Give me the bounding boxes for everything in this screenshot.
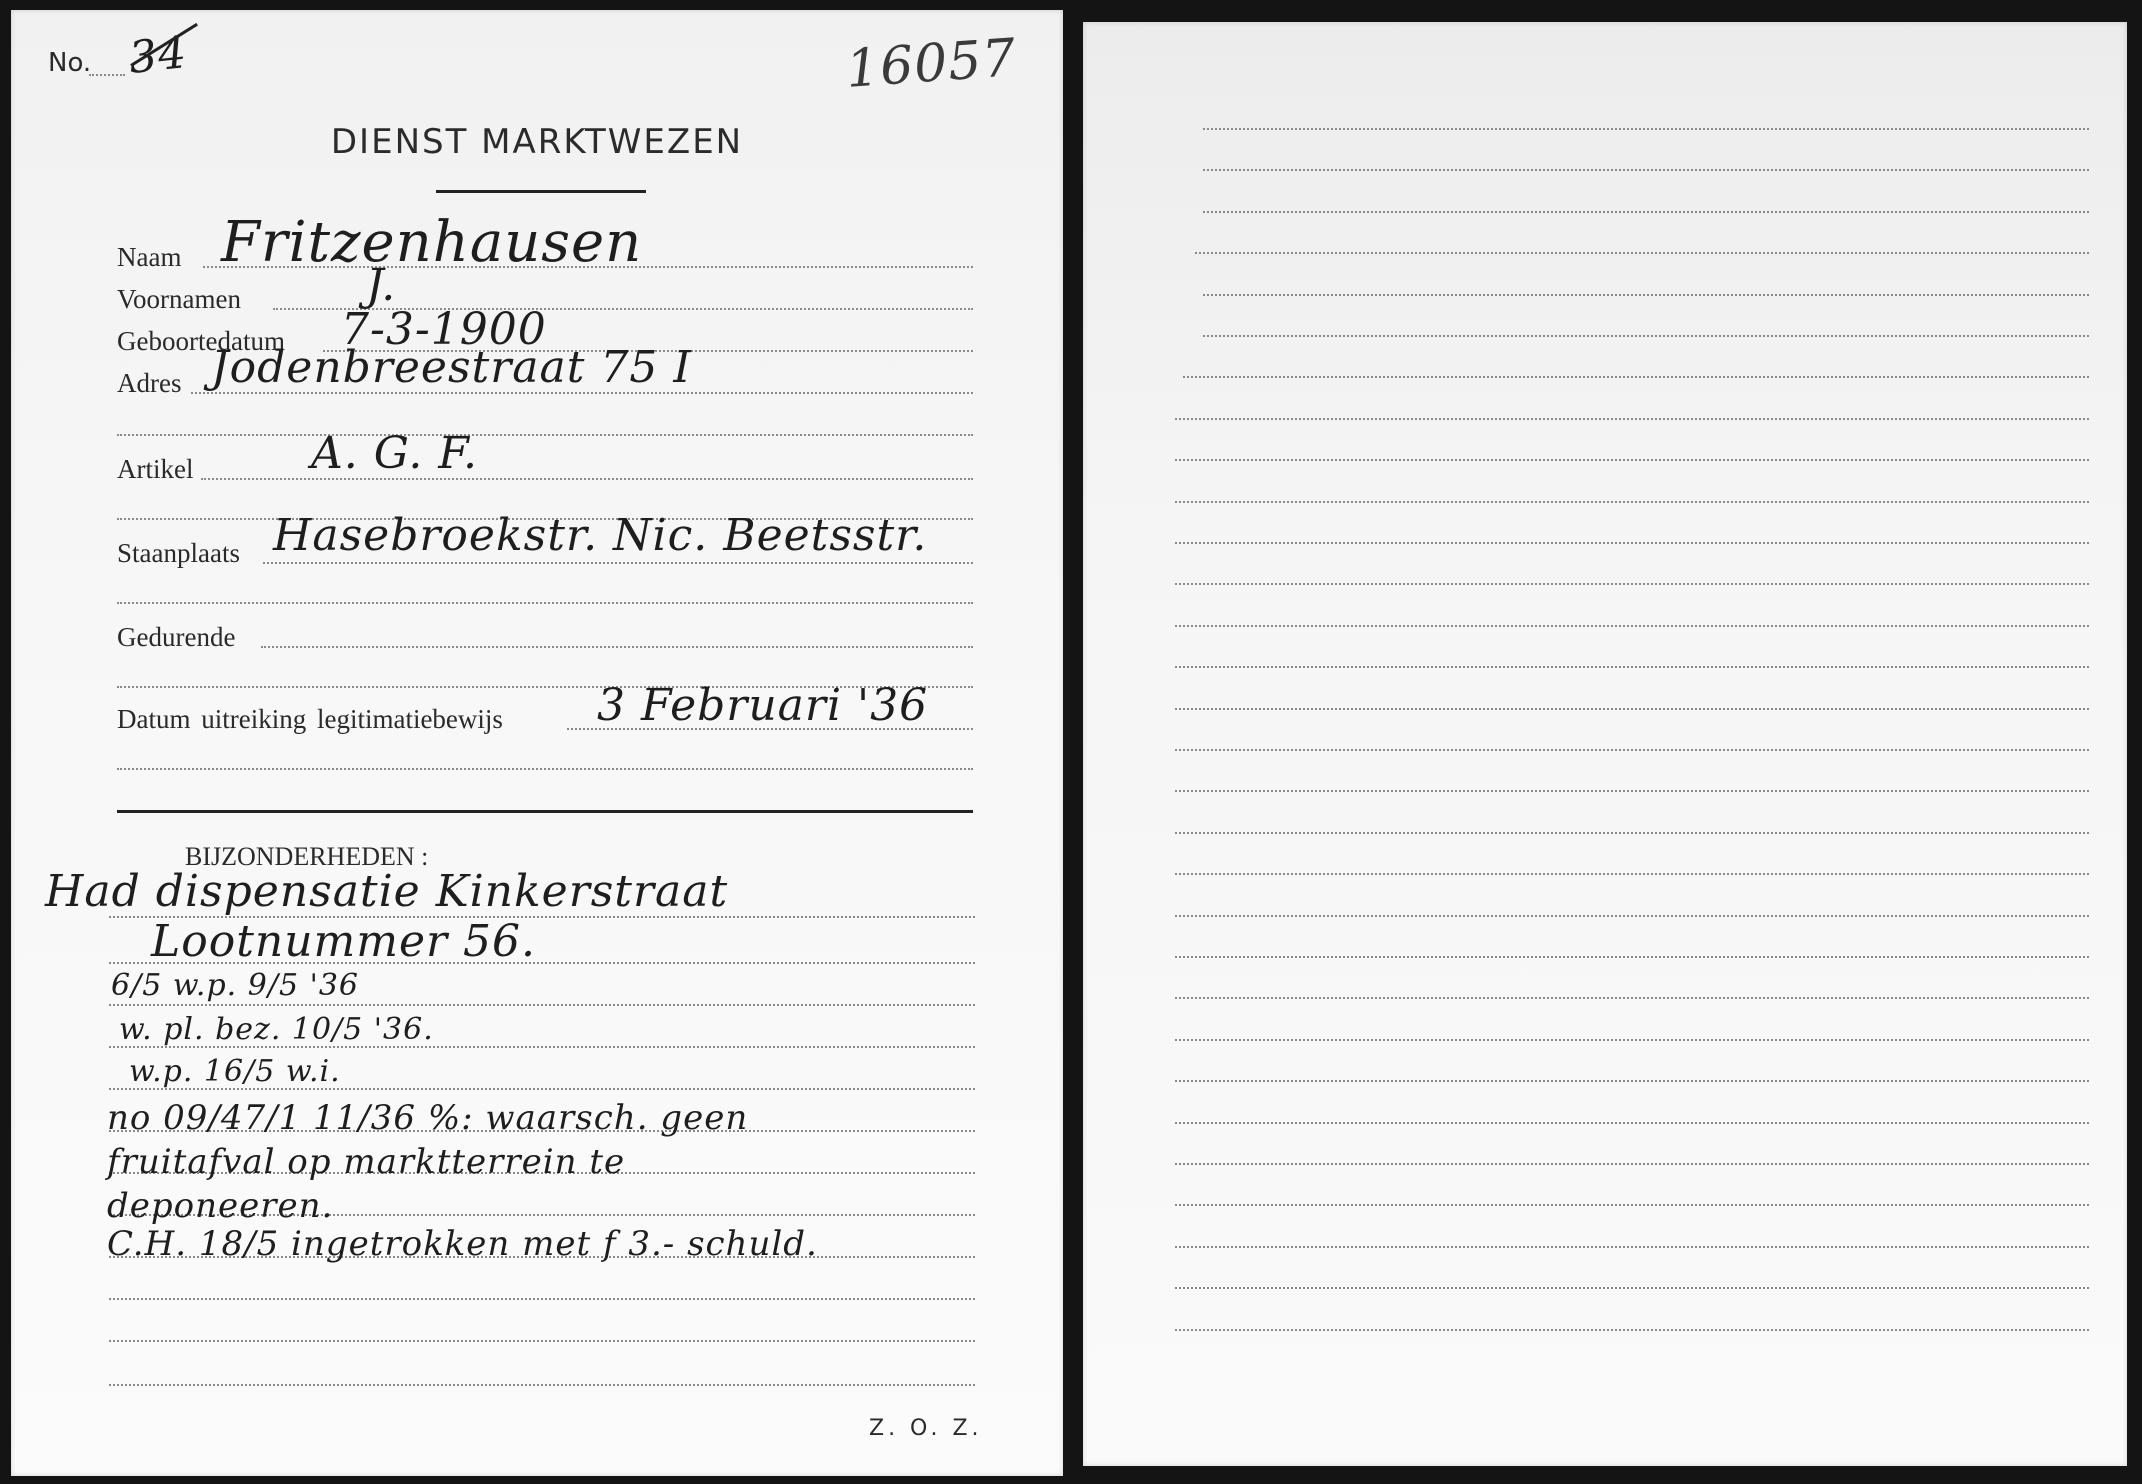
staanplaats-label: Staanplaats [117, 538, 240, 569]
ruled-line [1203, 128, 2089, 130]
ruled-line [1175, 666, 2089, 668]
ruled-line [1175, 1080, 2089, 1082]
section-separator [117, 810, 973, 813]
ruled-line [1203, 211, 2089, 213]
gedurende-label: Gedurende [117, 622, 235, 653]
ruled-line [1175, 1329, 2089, 1331]
ruled-line [1175, 583, 2089, 585]
ruled-line [1175, 1246, 2089, 1248]
note-line-6: no 09/47/1 11/36 %: waarsch. geen [107, 1098, 748, 1138]
ruled-line [1175, 1287, 2089, 1289]
ruled-line [1175, 749, 2089, 751]
naam-value: Fritzenhausen [221, 210, 642, 275]
note-line-7: fruitafval op marktterrein te [107, 1142, 625, 1182]
adres-label: Adres [117, 368, 181, 399]
staanplaats-value: Hasebroekstr. Nic. Beetsstr. [273, 510, 927, 561]
ruled-line [1175, 1039, 2089, 1041]
notes-line-12 [109, 1384, 975, 1386]
number-label: No. [48, 48, 91, 78]
ruled-line [1175, 832, 2089, 834]
adres-line-2 [117, 434, 973, 436]
ruled-line [1175, 459, 2089, 461]
ruled-line [1175, 790, 2089, 792]
card-front: No. 34 16057 DIENST MARKTWEZEN Naam Frit… [11, 10, 1063, 1476]
staanplaats-line-2 [117, 602, 973, 604]
datum-uitreiking-value: 3 Februari '36 [597, 680, 928, 731]
note-line-9: C.H. 18/5 ingetrokken met f 3.- schuld. [107, 1224, 818, 1264]
ruled-line [1175, 915, 2089, 917]
ruled-line [1203, 169, 2089, 171]
ruled-line [1175, 1163, 2089, 1165]
notes-line-10 [109, 1298, 975, 1300]
ruled-line [1175, 542, 2089, 544]
naam-label: Naam [117, 242, 181, 273]
ruled-line [1175, 625, 2089, 627]
number-dots [89, 74, 125, 76]
ruled-line [1203, 294, 2089, 296]
ruled-line [1175, 956, 2089, 958]
datum-uitreiking-line-2 [117, 768, 973, 770]
page-title: DIENST MARKTWEZEN [11, 122, 1063, 162]
artikel-label: Artikel [117, 454, 193, 485]
ruled-line [1203, 335, 2089, 337]
notes-line-3 [109, 1004, 975, 1006]
footer-zoz: Z. O. Z. [869, 1416, 983, 1441]
ruled-line [1175, 873, 2089, 875]
voornamen-label: Voornamen [117, 284, 241, 315]
note-line-2: Lootnummer 56. [151, 916, 536, 967]
ruled-line [1175, 501, 2089, 503]
card-back [1083, 22, 2127, 1466]
ruled-line [1175, 418, 2089, 420]
archive-number: 16057 [844, 28, 1018, 100]
note-line-1: Had dispensatie Kinkerstraat [45, 866, 728, 917]
ruled-line [1175, 708, 2089, 710]
notes-line-11 [109, 1340, 975, 1342]
ruled-line [1175, 1204, 2089, 1206]
title-rule [436, 190, 646, 193]
datum-uitreiking-label: Datum uitreiking legitimatiebewijs [117, 704, 503, 735]
ruled-line [1183, 376, 2089, 378]
note-line-4: w. pl. bez. 10/5 '36. [119, 1012, 434, 1047]
ruled-line [1175, 1122, 2089, 1124]
adres-value: Jodenbreestraat 75 I [211, 342, 692, 393]
gedurende-line [261, 646, 973, 648]
artikel-value: A. G. F. [311, 428, 478, 479]
ruled-line [1175, 997, 2089, 999]
note-line-3: 6/5 w.p. 9/5 '36 [111, 968, 359, 1003]
note-line-8: deponeeren. [107, 1186, 333, 1226]
staanplaats-line [263, 562, 973, 564]
note-line-5: w.p. 16/5 w.i. [129, 1054, 341, 1089]
ruled-line [1195, 252, 2089, 254]
